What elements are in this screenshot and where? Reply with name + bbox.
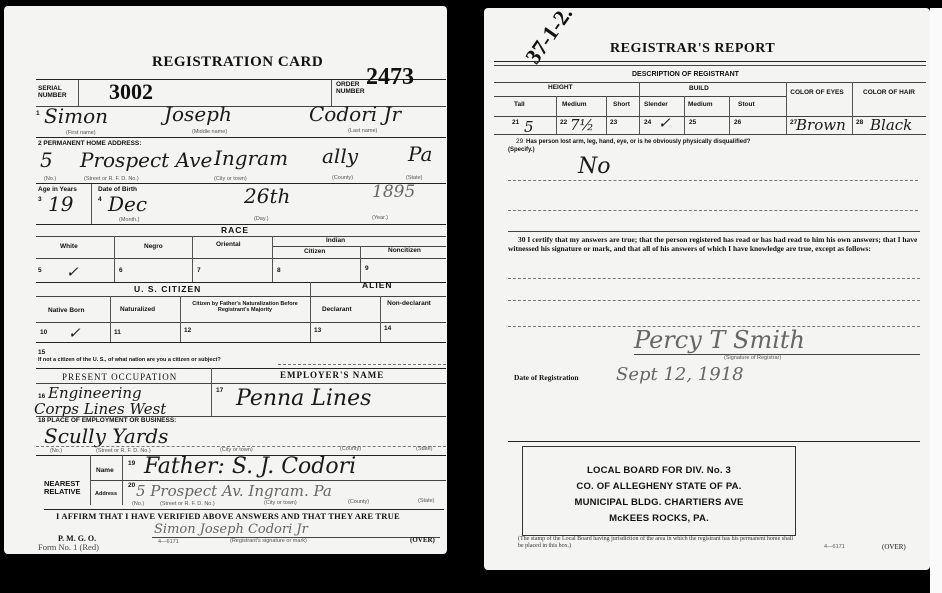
race-heading: RACE [221,225,249,235]
caption: (City or town) [220,447,253,453]
caption: (State) [418,498,435,504]
field-number: 8 [277,268,281,275]
place-employment-value: Scully Yards [44,424,168,448]
stamp-line: McKEES ROCKS, PA. [523,511,795,527]
registrar-signature: Percy T Smith [634,326,805,354]
nation-question: If not a citizen of the U. S., of what n… [38,358,221,364]
divider [192,236,193,282]
over-label: (OVER) [410,536,435,544]
height-col-short: Short [613,102,630,109]
relative-name: Father: S. J. Codori [144,454,356,479]
height-medium-value: 7½ [570,116,594,134]
employer-value: Penna Lines [236,386,371,411]
field-number: 5 [38,268,42,275]
divider [380,296,381,342]
divider [639,82,640,134]
build-heading: BUILD [689,86,709,93]
stamp-note: (The stamp of the Local Board having jur… [518,536,798,550]
alien-col-nondeclarant: Non-declarant [384,301,434,308]
field-number: 28 [856,120,863,127]
birth-year: 1895 [372,182,415,202]
divider [90,480,122,481]
race-col-oriental: Oriental [216,242,241,249]
eyes-heading: COLOR OF EYES [790,90,844,97]
form-id-number: Form No. 1 (Red) [38,542,99,552]
serial-number: 3002 [109,79,153,105]
divider [684,96,685,134]
caption: (Street or R. F. D. No.) [160,501,215,507]
relative-address-label: Address [95,492,117,498]
divider [494,65,926,66]
caption: (Street or R. F. D. No.) [96,448,151,454]
registration-card-front: REGISTRATION CARD SERIAL NUMBER 3002 ORD… [4,6,447,554]
divider [729,96,730,134]
caption: (County) [348,499,369,505]
height-col-medium: Medium [562,102,587,109]
first-name: Simon [44,104,108,128]
stamp-line: CO. OF ALLEGHENY STATE OF PA. [523,479,795,495]
middle-name: Joseph [164,102,232,126]
divider [494,96,786,97]
answer-line [508,210,918,211]
report-title: REGISTRAR'S REPORT [610,41,775,57]
caption: (State) [406,175,423,181]
height-col-tall: Tall [514,102,525,109]
divider [36,137,446,138]
field-number: 14 [384,326,391,333]
address-state: Pa [408,142,432,166]
alien-col-declarant: Declarant [322,307,352,314]
employer-heading: EMPLOYER'S NAME [280,370,384,380]
field-number: 15 [38,350,45,357]
description-heading: DESCRIPTION OF REGISTRANT [632,71,739,78]
field-number: 25 [689,120,696,127]
divider [360,246,361,282]
address-city: Ingram [214,146,288,170]
scan-edge [930,8,942,593]
card-title: REGISTRATION CARD [152,54,323,71]
registrars-report-back: 37-1-2. REGISTRAR'S REPORT DESCRIPTION O… [484,8,930,570]
divider [494,116,926,117]
field-number: 20 [128,483,135,490]
divider [852,82,853,134]
birth-month: Dec [108,192,147,216]
caption: (First name) [66,130,96,136]
caption: (Signature of Registrar) [724,355,781,361]
field-number: 17 [216,388,223,395]
field-number: 9 [365,266,369,273]
certify-statement: 30 I certify that my answers are true; t… [508,236,920,253]
date-of-registration-value: Sept 12, 1918 [616,364,744,385]
affirm-statement: I AFFIRM THAT I HAVE VERIFIED ABOVE ANSW… [56,511,400,521]
indian-heading: Indian [326,238,345,245]
print-code: 4—6171 [824,544,845,550]
order-label: ORDER NUMBER [336,82,366,96]
divider [494,82,926,83]
divider [310,282,311,342]
caption: (City or town) [264,500,297,506]
address-street: Prospect Ave [80,148,212,172]
cit-col-naturalized: Naturalized [120,307,155,314]
address-county: ally [322,144,358,168]
local-board-stamp-box: LOCAL BOARD FOR DIV. No. 3 CO. OF ALLEGH… [522,446,796,536]
print-code: 4—6171 [158,539,179,545]
race-col-indian-noncitizen: Noncitizen [388,248,421,255]
divider [36,368,446,369]
cit-col-fathers-naturalization: Citizen by Father's Naturalization Befor… [184,302,306,314]
caption: (Day.) [254,216,269,222]
caption: (No.) [132,501,144,507]
specify-label: (Specify.) [508,147,535,153]
field-number: 10 [40,330,47,337]
race-col-white: White [60,244,78,251]
caption: (No.) [44,176,56,182]
caption: (Middle name) [192,129,227,135]
divider [508,231,920,232]
divider [114,236,115,282]
registrant-signature: Simon Joseph Codori Jr [154,522,308,537]
field-number: 7 [197,268,201,275]
caption: (City or town) [214,176,247,182]
divider [36,322,446,323]
cit-col-native-born: Native Born [48,308,84,315]
field-number: 24 [644,120,651,127]
divider [556,96,557,134]
caption: (County) [332,175,353,181]
age-value: 19 [48,192,73,216]
field-number: 13 [314,328,321,335]
serial-label: SERIAL NUMBER [38,86,74,100]
field-number: 11 [114,330,121,337]
disqualified-answer: No [578,154,611,179]
height-heading: HEIGHT [548,85,573,92]
caption: (County) [340,446,361,452]
last-name: Codori Jr [309,102,401,126]
divider [508,441,920,442]
caption: (Year.) [372,215,388,221]
field-number: 1 [36,111,40,118]
hair-heading: COLOR OF HAIR [862,90,916,97]
divider [272,236,273,282]
over-label: (OVER) [882,543,906,551]
field-number: 6 [119,268,123,275]
hair-color-value: Black [870,116,912,134]
answer-line [508,180,918,181]
eye-color-value: Brown [796,116,846,134]
answer-line [508,278,920,279]
answer-line [278,364,446,365]
caption: (Street or R. F. D. No.) [84,176,139,182]
stamp-line: MUNICIPAL BLDG. CHARTIERS AVE [523,495,795,511]
disqualified-question: Has person lost arm, leg, hand, eye, or … [526,139,750,145]
race-white-check: ✓ [66,263,79,281]
nearest-relative-label: NEAREST RELATIVE [44,480,94,496]
build-col-slender: Slender [644,102,668,109]
divider [122,480,446,481]
field-number: 19 [128,461,135,468]
divider [211,368,212,416]
field-number: 26 [734,120,741,127]
divider [36,258,446,259]
alien-heading: ALIEN [362,280,393,290]
answer-line [508,300,920,301]
divider [494,134,926,135]
caption: (Last name) [348,128,377,134]
address-no: 5 [40,148,53,172]
relative-address: 5 Prospect Av. Ingram. Pa [136,482,332,500]
caption: (Month.) [119,217,139,223]
divider [91,184,92,224]
build-slender-check: ✓ [658,114,671,132]
caption: (No.) [50,448,62,454]
field-number: 23 [610,120,617,127]
birth-day: 26th [244,184,290,208]
build-col-medium: Medium [688,102,713,109]
address-label: 2 PERMANENT HOME ADDRESS: [38,141,141,148]
field-number: 12 [184,328,191,335]
divider [78,80,79,106]
order-number: 2473 [366,64,414,91]
divider [786,82,787,134]
divider [44,509,444,510]
caption: (Registrant's signature or mark) [230,538,307,544]
caption: (State) [416,446,433,452]
us-citizen-heading: U. S. CITIZEN [134,284,201,294]
divider [606,96,607,134]
stamp-line: LOCAL BOARD FOR DIV. No. 3 [523,463,795,479]
field-number: 21 [512,120,519,127]
relative-name-label: Name [96,468,114,475]
race-col-indian-citizen: Citizen [304,249,325,256]
divider [494,61,926,62]
certify-text: I certify that my answers are true; that… [508,235,917,253]
divider [110,296,111,342]
build-col-stout: Stout [738,102,755,109]
date-of-registration-label: Date of Registration [514,374,579,382]
native-born-check: ✓ [68,324,81,342]
occupation-heading: PRESENT OCCUPATION [62,372,177,382]
divider [36,296,446,297]
stamped-number: 37-1-2. [520,1,578,68]
field-number: 22 [560,120,567,127]
divider [180,296,181,342]
field-number: 3 [38,197,42,204]
divider [36,236,446,237]
field-number: 4 [98,197,102,204]
field-number: 29 [516,139,523,146]
divider [36,342,446,343]
race-col-negro: Negro [144,244,163,251]
